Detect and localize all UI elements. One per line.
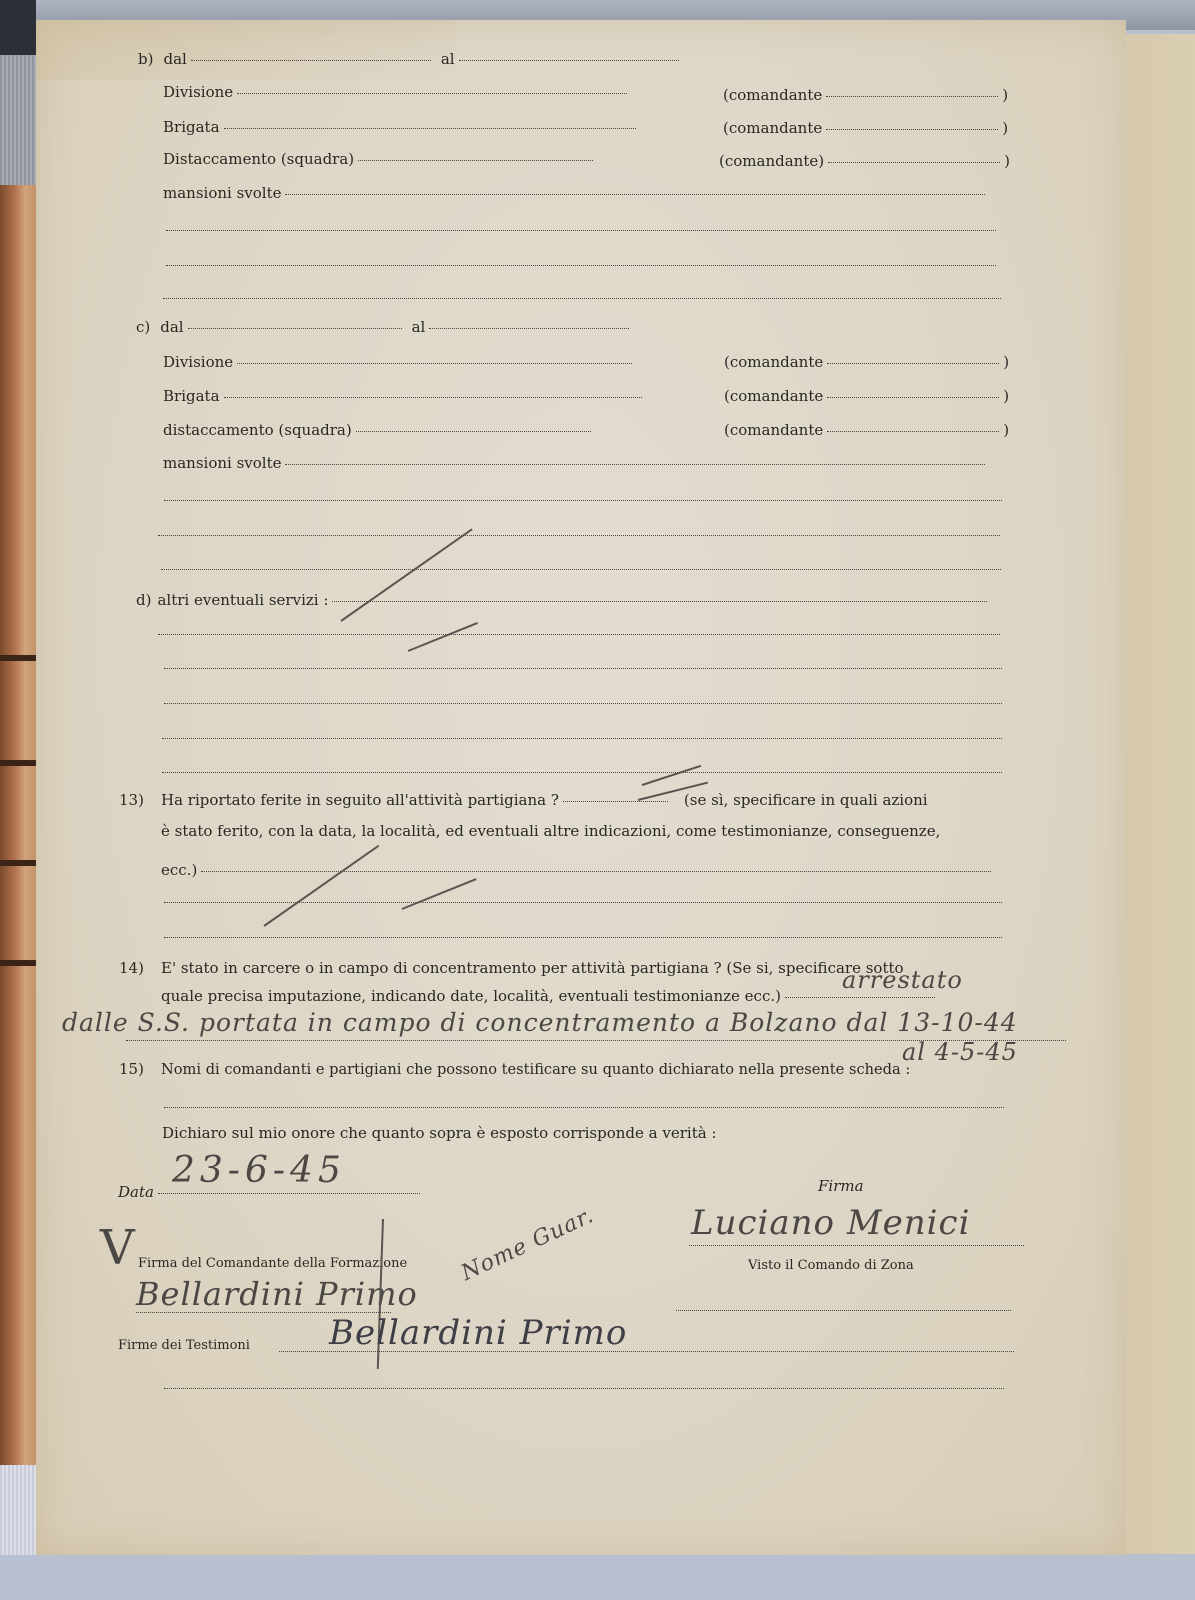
section-b-comandante-brigata: (comandante ) — [723, 119, 1008, 137]
q15-text: Nomi di comandanti e partigiani che poss… — [161, 1061, 910, 1078]
close-paren: ) — [1003, 353, 1009, 371]
q14-line2: quale precisa imputazione, indicando dat… — [161, 987, 939, 1005]
q13-line1: 13) Ha riportato ferite in seguito all'a… — [119, 791, 928, 809]
brigata-label: Brigata — [163, 387, 220, 405]
q13-answer-field[interactable] — [563, 801, 668, 802]
data-field[interactable] — [158, 1193, 420, 1194]
testimoni-line[interactable] — [164, 1388, 1004, 1389]
comandante-label: (comandante — [723, 86, 822, 104]
q13-text: è stato ferito, con la data, la località… — [161, 822, 940, 840]
section-b-comandante-divisione: (comandante ) — [723, 86, 1008, 104]
al-field[interactable] — [429, 328, 629, 329]
mansioni-field[interactable] — [285, 464, 985, 465]
dal-label: dal — [163, 50, 186, 68]
handwritten-answer: arrestato — [842, 966, 963, 994]
q13-text-tail: (se sì, specificare in quali azioni — [684, 791, 928, 809]
visto-label: Visto il Comando di Zona — [748, 1258, 914, 1273]
handwritten-signature: Bellardini Primo — [136, 1275, 418, 1313]
section-b-dates: b) dal al — [138, 50, 683, 68]
visto-field[interactable] — [676, 1310, 1011, 1311]
comandante-formazione-row: Firma del Comandante della Formazione — [138, 1256, 407, 1271]
q13-line[interactable] — [164, 902, 1002, 903]
comandante-label: (comandante — [724, 421, 823, 439]
dal-field[interactable] — [191, 60, 431, 61]
mansioni-line[interactable] — [166, 265, 996, 266]
visto-row: Visto il Comando di Zona — [748, 1258, 914, 1273]
altri-servizi-line[interactable] — [164, 668, 1002, 669]
binding-fabric — [0, 55, 36, 185]
dal-field[interactable] — [188, 328, 402, 329]
mansioni-line[interactable] — [166, 230, 996, 231]
book-edge-gap — [0, 960, 36, 966]
brigata-label: Brigata — [163, 118, 220, 136]
mansioni-line[interactable] — [164, 500, 1002, 501]
section-d: d) altri eventuali servizi : — [136, 591, 991, 609]
q15-line: 15) Nomi di comandanti e partigiani che … — [119, 1060, 910, 1078]
mansioni-label: mansioni svolte — [163, 184, 281, 202]
firma-label: Firma — [818, 1177, 864, 1195]
handwritten-annotation: Nome Guar. — [457, 1203, 597, 1286]
q14-line1: 14) E' stato in carcere o in campo di co… — [119, 959, 904, 977]
divisione-label: Divisione — [163, 83, 233, 101]
comandante-label: (comandante) — [719, 152, 824, 170]
divisione-field[interactable] — [237, 363, 632, 364]
comandante-brigata-field[interactable] — [827, 397, 999, 398]
q13-text: ecc.) — [161, 861, 197, 879]
question-number: 14) — [119, 959, 161, 977]
comandante-brigata-field[interactable] — [826, 129, 998, 130]
section-c-comandante-distaccamento: (comandante ) — [724, 421, 1009, 439]
mansioni-field[interactable] — [285, 194, 985, 195]
declaration-text: Dichiaro sul mio onore che quanto sopra … — [162, 1124, 717, 1142]
section-marker: d) — [136, 591, 151, 609]
al-label: al — [412, 318, 426, 336]
altri-servizi-field[interactable] — [332, 601, 987, 602]
book-edge — [0, 185, 36, 1465]
section-marker: b) — [138, 50, 153, 68]
q13-line2: è stato ferito, con la data, la località… — [161, 822, 940, 840]
data-label: Data — [118, 1183, 154, 1201]
section-c-dates: c) dal al — [136, 318, 633, 336]
mansioni-line[interactable] — [158, 535, 1000, 536]
brigata-field[interactable] — [224, 128, 636, 129]
handwritten-answer: al 4-5-45 — [902, 1038, 1018, 1066]
distaccamento-label: Distaccamento (squadra) — [163, 150, 354, 168]
handwritten-signature: Bellardini Primo — [329, 1313, 627, 1353]
comandante-formazione-label: Firma del Comandante della Formazione — [138, 1256, 407, 1271]
section-c-distaccamento: distaccamento (squadra) — [163, 421, 595, 439]
strike-through-mark — [642, 765, 702, 786]
q14-text: E' stato in carcere o in campo di concen… — [161, 959, 904, 977]
mansioni-line[interactable] — [161, 569, 1001, 570]
mansioni-label: mansioni svolte — [163, 454, 281, 472]
altri-servizi-line[interactable] — [162, 738, 1002, 739]
handwritten-signature: Luciano Menici — [691, 1203, 970, 1243]
divisione-field[interactable] — [237, 93, 627, 94]
comandante-label: (comandante — [723, 119, 822, 137]
distaccamento-label: distaccamento (squadra) — [163, 421, 352, 439]
q13-details-field[interactable] — [201, 871, 991, 872]
book-edge-gap — [0, 760, 36, 766]
strike-through-mark — [402, 878, 477, 910]
book-edge-gap — [0, 655, 36, 661]
facing-page — [1125, 34, 1195, 1554]
strike-through-mark — [263, 845, 379, 927]
testimoni-row: Firme dei Testimoni — [118, 1338, 250, 1353]
firma-field[interactable] — [689, 1245, 1024, 1246]
comandante-distaccamento-field[interactable] — [827, 431, 999, 432]
altri-servizi-line[interactable] — [158, 634, 1000, 635]
q14-text: quale precisa imputazione, indicando dat… — [161, 987, 781, 1005]
strike-through-mark — [408, 622, 478, 652]
comandante-label: (comandante — [724, 387, 823, 405]
q14-answer-field[interactable] — [785, 997, 935, 998]
close-paren: ) — [1004, 152, 1010, 170]
close-paren: ) — [1003, 421, 1009, 439]
close-paren: ) — [1003, 387, 1009, 405]
al-label: al — [441, 50, 455, 68]
section-b-divisione: Divisione — [163, 83, 631, 101]
dal-label: dal — [160, 318, 183, 336]
section-b-comandante-distaccamento: (comandante) ) — [719, 152, 1010, 170]
testimoni-label: Firme dei Testimoni — [118, 1338, 250, 1353]
section-c-comandante-brigata: (comandante ) — [724, 387, 1009, 405]
q13-line[interactable] — [164, 937, 1002, 938]
declaration-statement: Dichiaro sul mio onore che quanto sopra … — [162, 1124, 717, 1142]
comandante-distaccamento-field[interactable] — [828, 162, 1000, 163]
section-c-brigata: Brigata — [163, 387, 646, 405]
section-b-distaccamento: Distaccamento (squadra) — [163, 150, 597, 168]
form-sheet: b) dal al Divisione (comandante ) Brigat… — [36, 20, 1126, 1555]
section-c-comandante-divisione: (comandante ) — [724, 353, 1009, 371]
close-paren: ) — [1002, 119, 1008, 137]
section-c-mansioni: mansioni svolte — [163, 454, 989, 472]
distaccamento-field[interactable] — [358, 160, 593, 161]
brigata-field[interactable] — [224, 397, 642, 398]
section-marker: c) — [136, 318, 150, 336]
close-paren: ) — [1002, 86, 1008, 104]
comandante-divisione-field[interactable] — [826, 96, 998, 97]
distaccamento-field[interactable] — [356, 431, 591, 432]
margin-check-mark: V — [100, 1220, 136, 1276]
section-c-divisione: Divisione — [163, 353, 636, 371]
section-b-mansioni: mansioni svolte — [163, 184, 989, 202]
mansioni-line[interactable] — [163, 298, 1001, 299]
q13-text: Ha riportato ferite in seguito all'attiv… — [161, 791, 559, 809]
question-number: 15) — [119, 1060, 161, 1078]
question-number: 13) — [119, 791, 161, 809]
al-field[interactable] — [459, 60, 679, 61]
scan-background-bottom — [0, 1555, 1195, 1600]
handwritten-answer: dalle S.S. portata in campo di concentra… — [62, 1008, 1018, 1037]
divisione-label: Divisione — [163, 353, 233, 371]
q15-answer-line[interactable] — [164, 1107, 1004, 1108]
book-edge-gap — [0, 860, 36, 866]
altri-servizi-line[interactable] — [164, 703, 1002, 704]
comandante-divisione-field[interactable] — [827, 363, 999, 364]
altri-servizi-label: altri eventuali servizi : — [157, 591, 328, 609]
comandante-label: (comandante — [724, 353, 823, 371]
firma-row: Firma — [818, 1177, 864, 1195]
handwritten-date: 23-6-45 — [172, 1150, 346, 1191]
section-b-brigata: Brigata — [163, 118, 640, 136]
altri-servizi-line[interactable] — [162, 772, 1002, 773]
q13-line3: ecc.) — [161, 861, 995, 879]
